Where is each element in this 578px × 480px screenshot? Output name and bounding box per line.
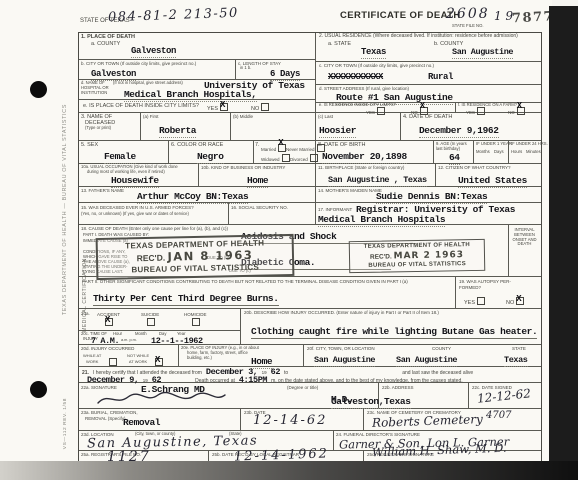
autopsy-label-2: FORMED?	[459, 285, 481, 290]
field-23c-cemetery-name: 23c. NAME OF CEMETERY OR CREMATORY Rober…	[364, 409, 541, 431]
field-4-date-of-death: 4. DATE OF DEATH December 9,1962	[401, 113, 541, 141]
autopsy-yes-option: YES	[464, 297, 486, 306]
widowed-option: Widowed	[261, 154, 291, 162]
suicide-label: SUICIDE	[141, 312, 159, 317]
county-of-death-value: Galveston	[131, 46, 176, 58]
last-name-label: (c) Last	[318, 114, 333, 119]
field-13-father-name: 13. FATHER'S NAME Arthur McCoy BN:Texas	[79, 187, 316, 203]
date-of-birth-label: 8. DATE OF BIRTH	[318, 142, 365, 148]
punch-hole-bottom	[30, 381, 47, 398]
days-label: Days	[494, 150, 504, 155]
usual-residence-title: 2. USUAL RESIDENCE (Where deceased lived…	[319, 34, 518, 40]
field-1e-death-inside-city-limits: e. IS PLACE OF DEATH INSIDE CITY LIMITS?…	[79, 100, 316, 113]
social-security-label: 16. SOCIAL SECURITY NO.	[231, 205, 288, 210]
yes-checkmark: X	[220, 100, 225, 110]
residence-city-struck-value: XXXXXXXXXXX	[328, 72, 383, 82]
field-2d-street-address: d. STREET ADDRESS (If rural, give locati…	[316, 85, 541, 103]
field-23b-burial-date: 23b. DATE 12-14-62	[241, 409, 364, 431]
field-14-mother-maiden-name: 14. MOTHER'S MAIDEN NAME Sudie Dennis BN…	[316, 187, 541, 203]
injury-county-label: COUNTY	[432, 346, 451, 351]
injury-state-value: Texas	[504, 355, 528, 367]
field-15-armed-forces: 15. WAS DECEASED EVER IN U.S. ARMED FORC…	[79, 203, 229, 225]
date-of-death-value: December 9,1962	[419, 125, 499, 138]
death-certificate-scan: TEXAS DEPARTMENT OF HEALTH — BUREAU OF V…	[0, 0, 578, 480]
middle-name-label: (b) Middle	[233, 114, 253, 119]
field-20c-time-of-injury: 20c. TIME OF INJURY Hour Month Day Year …	[79, 331, 241, 345]
no-checkmark: X	[517, 104, 522, 109]
first-name-label: (a) First	[143, 114, 159, 119]
place-of-death-title: 1. PLACE OF DEATH	[81, 34, 135, 40]
field-3c-last-name: (c) Last Hoosier	[316, 113, 401, 141]
accident-checkmark: X	[105, 315, 110, 325]
handwritten-certificate-number: 2608	[446, 6, 490, 22]
yes-label: YES	[464, 300, 475, 306]
not-while-at-work-option: NOT WHILE AT WORK	[127, 353, 149, 364]
city-of-death-label: b. CITY OR TOWN (If outside city limits,…	[81, 61, 196, 66]
stamp1-date: JAN 8 1963	[167, 248, 253, 264]
residence-state-label: a. STATE	[328, 41, 351, 47]
father-name-label: 13. FATHER'S NAME	[81, 188, 124, 193]
scan-background-bottom	[0, 461, 578, 480]
field-2ab-residence-state-county: 2. USUAL RESIDENCE (Where deceased lived…	[316, 33, 541, 62]
length-of-stay-sub: in 1 b.	[240, 66, 251, 71]
field-8-date-of-birth: 8. DATE OF BIRTH November 20,1898	[316, 141, 434, 164]
injury-occurred-label: 20d. INJURY OCCURRED	[81, 346, 134, 351]
sex-value: Female	[104, 151, 136, 164]
field-19-autopsy: 19. WAS AUTOPSY PER- FORMED? YES NOX	[456, 277, 541, 309]
under-1-year-label: IF UNDER 1 YEAR	[476, 142, 512, 147]
accident-option: ACCIDENT X	[97, 312, 120, 325]
race-value: Negro	[197, 151, 224, 164]
homicide-label: HOMICIDE	[184, 312, 207, 317]
punch-hole-top	[30, 81, 47, 98]
field-20d-injury-occurred: 20d. INJURY OCCURRED WHILE AT WORK NOT W…	[79, 345, 179, 367]
residence-city-label: c. CITY OR TOWN (If outside city limits,…	[319, 63, 434, 68]
divorced-option: Divorced	[290, 154, 319, 162]
stamp2-recd: REC'D.	[370, 253, 392, 260]
stamp2-line3: BUREAU OF VITAL STATISTICS	[354, 260, 480, 270]
first-name-value: Roberta	[159, 125, 196, 138]
received-stamp-jan-1963: TEXAS DEPARTMENT OF HEALTH REC'D. JAN 8 …	[96, 234, 295, 280]
death-limits-yes-option: YESX	[207, 103, 229, 112]
birthplace-value: San Augustine , Texas	[328, 175, 427, 187]
injury-city-label: 20f. CITY, TOWN, OR LOCATION	[307, 346, 375, 351]
interval-label: INTERVAL BETWEEN ONSET AND DEATH	[510, 228, 539, 247]
no-checkbox	[261, 103, 269, 111]
armed-forces-label: 15. WAS DECEASED EVER IN U.S. ARMED FORC…	[81, 205, 194, 210]
field-2c-residence-city: c. CITY OR TOWN (If outside city limits,…	[316, 62, 541, 85]
months-label: Months	[476, 150, 490, 155]
field-11-birthplace: 11. BIRTHPLACE (State or foreign country…	[316, 164, 436, 187]
field-16-social-security: 16. SOCIAL SECURITY NO.	[229, 203, 316, 225]
part2-value: Thirty Per Cent Third Degree Burns.	[93, 293, 279, 306]
marital-label: 7.	[255, 142, 260, 148]
burial-label-2: REMOVAL (Specify)	[85, 416, 126, 421]
county-label: a. COUNTY	[91, 41, 120, 47]
no-checkmark: X	[516, 294, 521, 304]
never-married-label: Never Married	[286, 147, 315, 152]
yes-checkbox	[477, 297, 485, 305]
field-10b-industry: 10b. KIND OF BUSINESS OR INDUSTRY Home	[199, 164, 316, 187]
how-injury-occurred-value: Clothing caught fire while lighting Buta…	[251, 326, 537, 339]
hospital-paren-label: (If not in hospital, give street address…	[113, 81, 183, 86]
hours-label: Hours	[511, 150, 522, 155]
field-9-under-24-hrs: IF UNDER 24 HRS. Hours Minutes	[509, 141, 541, 164]
married-checkmark: X	[278, 141, 283, 146]
no-label: NO	[506, 300, 514, 306]
field-2e-residence-inside-city-limits: e. IS RESIDENCE INSIDE CITY LIMITS? YES …	[316, 103, 456, 113]
field-6-color-or-race: 6. COLOR OR RACE Negro	[169, 141, 254, 164]
field-22c-date-signed: 22c. DATE SIGNED 12-12-62	[469, 383, 541, 409]
field-1a-county-of-death: 1. PLACE OF DEATH a. COUNTY Galveston	[79, 33, 316, 60]
state-file-no-label: STATE FILE NO.	[452, 24, 484, 29]
injury-city-value: San Augustine	[314, 355, 375, 367]
field-1d-hospital: d. NAME OF HOSPITAL OR INSTITUTION (If n…	[79, 80, 316, 100]
accident-checkbox: X	[105, 318, 113, 326]
burial-type-value: Removal	[123, 417, 160, 428]
homicide-checkbox	[192, 318, 200, 326]
place-of-injury-label-3: building, etc.)	[187, 356, 212, 361]
suicide-checkbox	[147, 318, 155, 326]
field-2f-residence-on-farm: f. IS RESIDENCE ON A FARM? YES NOX	[456, 103, 541, 113]
field-1c-length-of-stay: c. LENGTH OF STAY in 1 b. 6 Days	[236, 60, 316, 80]
no-checkbox: X	[516, 297, 524, 305]
field-20a-accident-suicide-homicide: 20a. ACCIDENT X SUICIDE HOMICIDE	[79, 309, 241, 331]
certificate-form: 1. PLACE OF DEATH a. COUNTY Galveston 2.…	[78, 32, 542, 464]
suicide-option: SUICIDE	[141, 312, 159, 325]
injury-state-label: STATE	[512, 346, 526, 351]
name-title-3: (Type or print)	[85, 126, 111, 131]
not-while-at-work-label-1: NOT WHILE	[127, 353, 149, 358]
field-20f-injury-location: 20f. CITY, TOWN, OR LOCATION COUNTY STAT…	[304, 345, 541, 367]
death-city-limits-label: e. IS PLACE OF DEATH INSIDE CITY LIMITS?	[83, 103, 199, 109]
permit-number-value: 4707	[486, 410, 511, 421]
field-20e-place-of-injury: 20e. PLACE OF INJURY (e.g., in or about …	[179, 345, 304, 367]
how-injury-occurred-label: 20b. DESCRIBE HOW INJURY OCCURRED. (Ente…	[244, 310, 439, 315]
minutes-label: Minutes	[526, 150, 541, 155]
not-while-at-work-checkbox: X	[155, 358, 163, 366]
mother-name-label: 14. MOTHER'S MAIDEN NAME	[318, 188, 382, 193]
field-1b-city-of-death: b. CITY OR TOWN (If outside city limits,…	[79, 60, 236, 80]
agency-vertical-text: TEXAS DEPARTMENT OF HEALTH — BUREAU OF V…	[62, 104, 68, 315]
item-20a-label: 20a.	[81, 311, 90, 316]
married-label: Married	[261, 147, 276, 152]
burial-label-1: 23a. BURIAL, CREMATION,	[81, 410, 138, 415]
field-3-name-of-deceased-label: 3. NAME OF DECEASED (Type or print)	[79, 113, 141, 141]
birthplace-label: 11. BIRTHPLACE (State or foreign country…	[318, 165, 404, 170]
armed-forces-sub-label: (Yes, no, or unknown) (If yes, give war …	[81, 212, 189, 217]
scan-background-right	[549, 6, 578, 480]
field-part2-other-conditions: PART II. OTHER SIGNIFICANT CONDITIONS CO…	[79, 277, 456, 309]
stamp1-recd: REC'D.	[137, 253, 166, 264]
no-checkmark: X	[420, 104, 425, 109]
physician-signature-scribble	[94, 390, 229, 408]
cemetery-value: Roberts Cemetery	[372, 412, 483, 430]
street-address-label: d. STREET ADDRESS (If rural, give locati…	[319, 86, 409, 91]
ampm-label: a.m. p.m.	[121, 337, 137, 343]
field-3a-first-name: (a) First Roberta	[141, 113, 231, 141]
field-10a-occupation: 10a. USUAL OCCUPATION (Give kind of work…	[79, 164, 199, 187]
widowed-checkbox	[282, 154, 290, 162]
industry-label: 10b. KIND OF BUSINESS OR INDUSTRY	[201, 165, 285, 170]
field-18-interval-column: INTERVAL BETWEEN ONSET AND DEATH	[509, 225, 541, 277]
widowed-label: Widowed	[261, 157, 280, 162]
handwritten-state-file-number: 1 9	[494, 9, 513, 23]
not-while-at-work-label-2: AT WORK	[129, 359, 147, 364]
homicide-option: HOMICIDE	[184, 312, 207, 325]
stamp2-date: MAR 2 1963	[393, 250, 464, 261]
race-label: 6. COLOR OR RACE	[171, 142, 223, 148]
divorced-label: Divorced	[290, 157, 308, 162]
while-at-work-option: WHILE AT WORK	[83, 353, 101, 364]
field-12-citizenship: 12. CITIZEN OF WHAT COUNTRY? United Stat…	[436, 164, 541, 187]
field-23a-burial-type: 23a. BURIAL, CREMATION, REMOVAL (Specify…	[79, 409, 241, 431]
informant-label: 17. INFORMANT	[318, 207, 352, 212]
yes-checkbox: X	[220, 103, 228, 111]
autopsy-no-option: NOX	[506, 297, 525, 306]
death-limits-no-option: NO	[251, 103, 270, 112]
sex-label: 5. SEX	[81, 142, 98, 148]
field-9-under-1-year: IF UNDER 1 YEAR Months Days	[474, 141, 509, 164]
part2-label: PART II. OTHER SIGNIFICANT CONDITIONS CO…	[82, 279, 408, 284]
last-name-value: Hoosier	[319, 125, 356, 138]
burial-date-value: 12-14-62	[253, 413, 327, 428]
field-17-informant: 17. INFORMANT Registrar: University of T…	[316, 203, 541, 225]
field-3b-middle-name: (b) Middle	[231, 113, 316, 141]
field-20b-how-injury-occurred: 20b. DESCRIBE HOW INJURY OCCURRED. (Ente…	[241, 309, 541, 345]
not-while-at-work-checkmark: X	[155, 355, 160, 365]
address-label: 22b. ADDRESS	[382, 385, 414, 390]
degree-label: (Degree or title)	[287, 385, 318, 390]
under-24-hrs-label: IF UNDER 24 HRS.	[511, 142, 548, 147]
residence-city-value: Rural	[428, 72, 453, 82]
while-at-work-label-2: WORK	[86, 359, 98, 364]
field-5-sex: 5. SEX Female	[79, 141, 169, 164]
residence-county-value: San Augustine	[452, 47, 513, 59]
form-code-vertical-text: VS—112 REV. 1/58	[63, 398, 68, 449]
certificate-title: CERTIFICATE OF DEATH	[340, 13, 461, 19]
date-of-birth-value: November 20,1898	[322, 151, 407, 164]
married-option: MarriedX	[261, 144, 287, 152]
yes-label: YES	[207, 106, 218, 112]
autopsy-label-1: 19. WAS AUTOPSY PER-	[459, 279, 511, 284]
no-label: NO	[251, 106, 259, 112]
hospital-label-3: INSTITUTION	[81, 91, 107, 96]
while-at-work-checkbox	[109, 358, 117, 366]
address-value: Galveston,Texas	[331, 396, 411, 409]
field-7-marital-status: 7. MarriedX Never Married Widowed Divorc…	[254, 141, 316, 164]
citizenship-label: 12. CITIZEN OF WHAT COUNTRY?	[438, 165, 511, 170]
field-21-certification-statement: 21. I hereby certify that I attended the…	[79, 367, 541, 383]
residence-state-value: Texas	[361, 47, 386, 59]
while-at-work-label-1: WHILE AT	[83, 353, 101, 358]
date-of-death-label: 4. DATE OF DEATH	[403, 114, 452, 120]
injury-county-value: San Augustine	[396, 355, 457, 367]
received-stamp-mar-1963: TEXAS DEPARTMENT OF HEALTH REC'D. MAR 2 …	[349, 239, 486, 273]
cause-of-death-label: 18. CAUSE OF DEATH (Enter only one cause…	[81, 226, 228, 231]
field-9-age: 9. AGE (In years last birthday) 64	[434, 141, 474, 164]
